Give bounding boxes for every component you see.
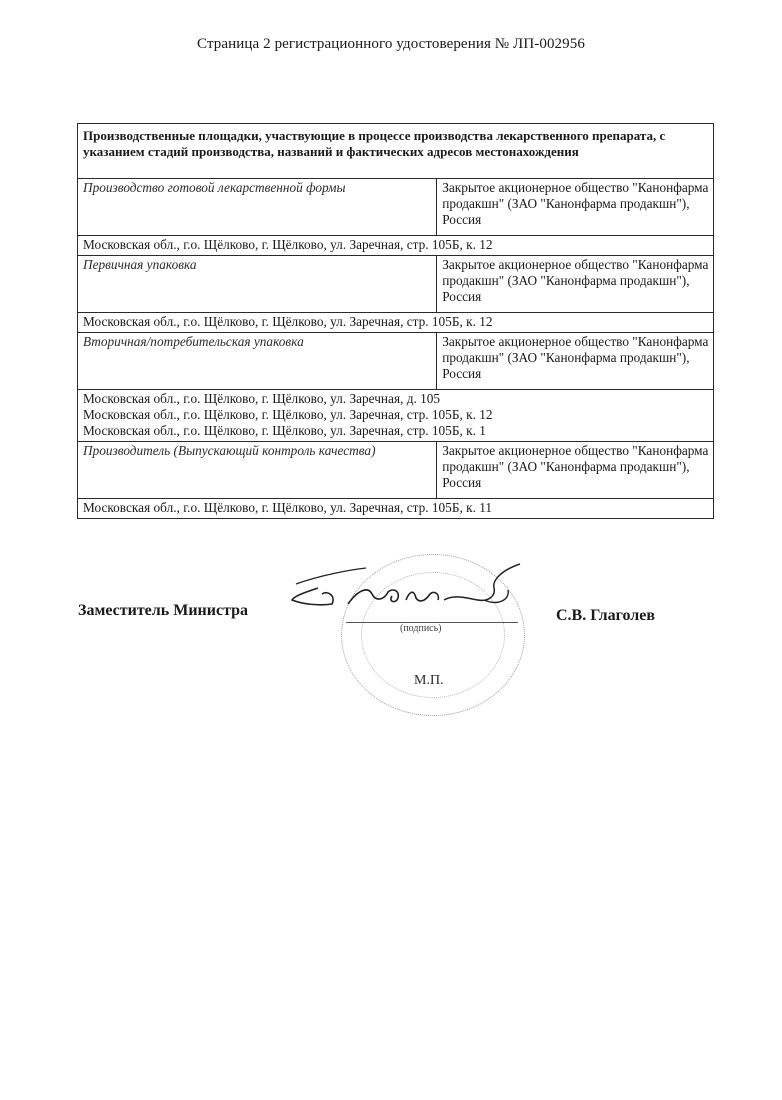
- address-cell: Московская обл., г.о. Щёлково, г. Щёлков…: [78, 390, 714, 442]
- address-cell: Московская обл., г.о. Щёлково, г. Щёлков…: [78, 236, 714, 256]
- stamp-label: М.П.: [414, 673, 444, 689]
- stage-cell: Вторичная/потребительская упаковка: [78, 333, 437, 390]
- company-cell: Закрытое акционерное общество "Канонфарм…: [437, 256, 714, 313]
- signer-name: С.В. Глаголев: [556, 607, 655, 625]
- table-row: Производство готовой лекарственной формы…: [78, 179, 714, 236]
- company-cell: Закрытое акционерное общество "Канонфарм…: [437, 333, 714, 390]
- production-sites-table: Производственные площадки, участвующие в…: [77, 123, 714, 519]
- address-line: Московская обл., г.о. Щёлково, г. Щёлков…: [83, 391, 709, 407]
- signature-caption: (подпись): [400, 623, 442, 634]
- address-row: Московская обл., г.о. Щёлково, г. Щёлков…: [78, 313, 714, 333]
- company-cell: Закрытое акционерное общество "Канонфарм…: [437, 179, 714, 236]
- table-row: Первичная упаковка Закрытое акционерное …: [78, 256, 714, 313]
- address-cell: Московская обл., г.о. Щёлково, г. Щёлков…: [78, 313, 714, 333]
- address-line: Московская обл., г.о. Щёлково, г. Щёлков…: [83, 500, 709, 516]
- address-line: Московская обл., г.о. Щёлково, г. Щёлков…: [83, 423, 709, 439]
- table-row: Производитель (Выпускающий контроль каче…: [78, 442, 714, 499]
- stage-cell: Производитель (Выпускающий контроль каче…: [78, 442, 437, 499]
- signer-position: Заместитель Министра: [78, 602, 248, 620]
- address-line: Московская обл., г.о. Щёлково, г. Щёлков…: [83, 237, 709, 253]
- address-row: Московская обл., г.о. Щёлково, г. Щёлков…: [78, 390, 714, 442]
- table-heading: Производственные площадки, участвующие в…: [78, 124, 714, 179]
- stage-cell: Производство готовой лекарственной формы: [78, 179, 437, 236]
- address-row: Московская обл., г.о. Щёлково, г. Щёлков…: [78, 236, 714, 256]
- company-cell: Закрытое акционерное общество "Канонфарм…: [437, 442, 714, 499]
- handwritten-signature-icon: [288, 560, 528, 620]
- table-row: Вторичная/потребительская упаковка Закры…: [78, 333, 714, 390]
- signature-block: Заместитель Министра (подпись) М.П. С.В.…: [0, 560, 782, 720]
- table-heading-row: Производственные площадки, участвующие в…: [78, 124, 714, 179]
- page-header: Страница 2 регистрационного удостоверени…: [0, 36, 782, 53]
- stage-cell: Первичная упаковка: [78, 256, 437, 313]
- address-cell: Московская обл., г.о. Щёлково, г. Щёлков…: [78, 499, 714, 519]
- address-line: Московская обл., г.о. Щёлково, г. Щёлков…: [83, 407, 709, 423]
- address-line: Московская обл., г.о. Щёлково, г. Щёлков…: [83, 314, 709, 330]
- address-row: Московская обл., г.о. Щёлково, г. Щёлков…: [78, 499, 714, 519]
